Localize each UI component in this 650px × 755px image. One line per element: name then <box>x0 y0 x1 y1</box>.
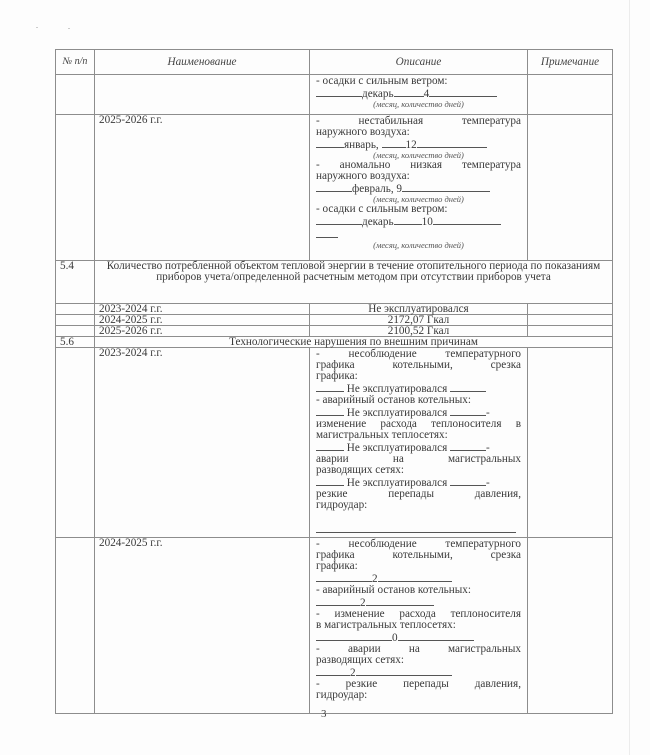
table-row: 2023-2024 г.г. Не эксплуатировался <box>56 304 613 315</box>
description-cell: - несоблюдение температурного графика ко… <box>310 538 528 714</box>
header-name: Наименование <box>95 50 310 75</box>
value-cell: 2100,52 Гкал <box>310 326 528 337</box>
table-header-row: № п/п Наименование Описание Примечание <box>56 50 613 75</box>
period-cell: 2023-2024 г.г. <box>95 304 310 315</box>
scan-speck <box>68 28 70 29</box>
period-cell: 2024-2025 г.г. <box>95 538 310 714</box>
table-row: 2024-2025 г.г. - несоблюдение температур… <box>56 538 613 714</box>
section-row-5-4: 5.4 Количество потребленной объектом теп… <box>56 261 613 304</box>
table-row: 2025-2026 г.г. -нестабильнаятемпература … <box>56 115 613 261</box>
header-num: № п/п <box>56 50 95 75</box>
section-row-5-6: 5.6 Технологические нарушения по внешним… <box>56 337 613 348</box>
table-row: - осадки с сильным ветром: декарь4 (меся… <box>56 75 613 115</box>
description-cell: -нестабильнаятемпература наружного возду… <box>310 115 528 261</box>
section-title: Количество потребленной объектом теплово… <box>95 261 613 304</box>
table-row: 2025-2026 г.г. 2100,52 Гкал <box>56 326 613 337</box>
period-cell: 2025-2026 г.г. <box>95 326 310 337</box>
table-row: 2024-2025 г.г. 2172,07 Гкал <box>56 315 613 326</box>
value-cell: 2172,07 Гкал <box>310 315 528 326</box>
value-cell: Не эксплуатировался <box>310 304 528 315</box>
description-cell: - осадки с сильным ветром: декарь4 (меся… <box>310 75 528 115</box>
scan-speck <box>36 27 38 28</box>
header-note: Примечание <box>528 50 613 75</box>
section-title: Технологические нарушения по внешним при… <box>95 337 613 348</box>
page-number: 3 <box>321 708 327 720</box>
section-num: 5.6 <box>56 337 95 348</box>
description-cell: - несоблюдение температурного графика ко… <box>310 348 528 538</box>
period-cell: 2023-2024 г.г. <box>95 348 310 538</box>
period-cell: 2024-2025 г.г. <box>95 315 310 326</box>
header-description: Описание <box>310 50 528 75</box>
period-cell: 2025-2026 г.г. <box>95 115 310 261</box>
section-num: 5.4 <box>56 261 95 304</box>
table-row: 2023-2024 г.г. - несоблюдение температур… <box>56 348 613 538</box>
page-edge <box>629 0 630 755</box>
report-table: № п/п Наименование Описание Примечание -… <box>55 49 613 714</box>
